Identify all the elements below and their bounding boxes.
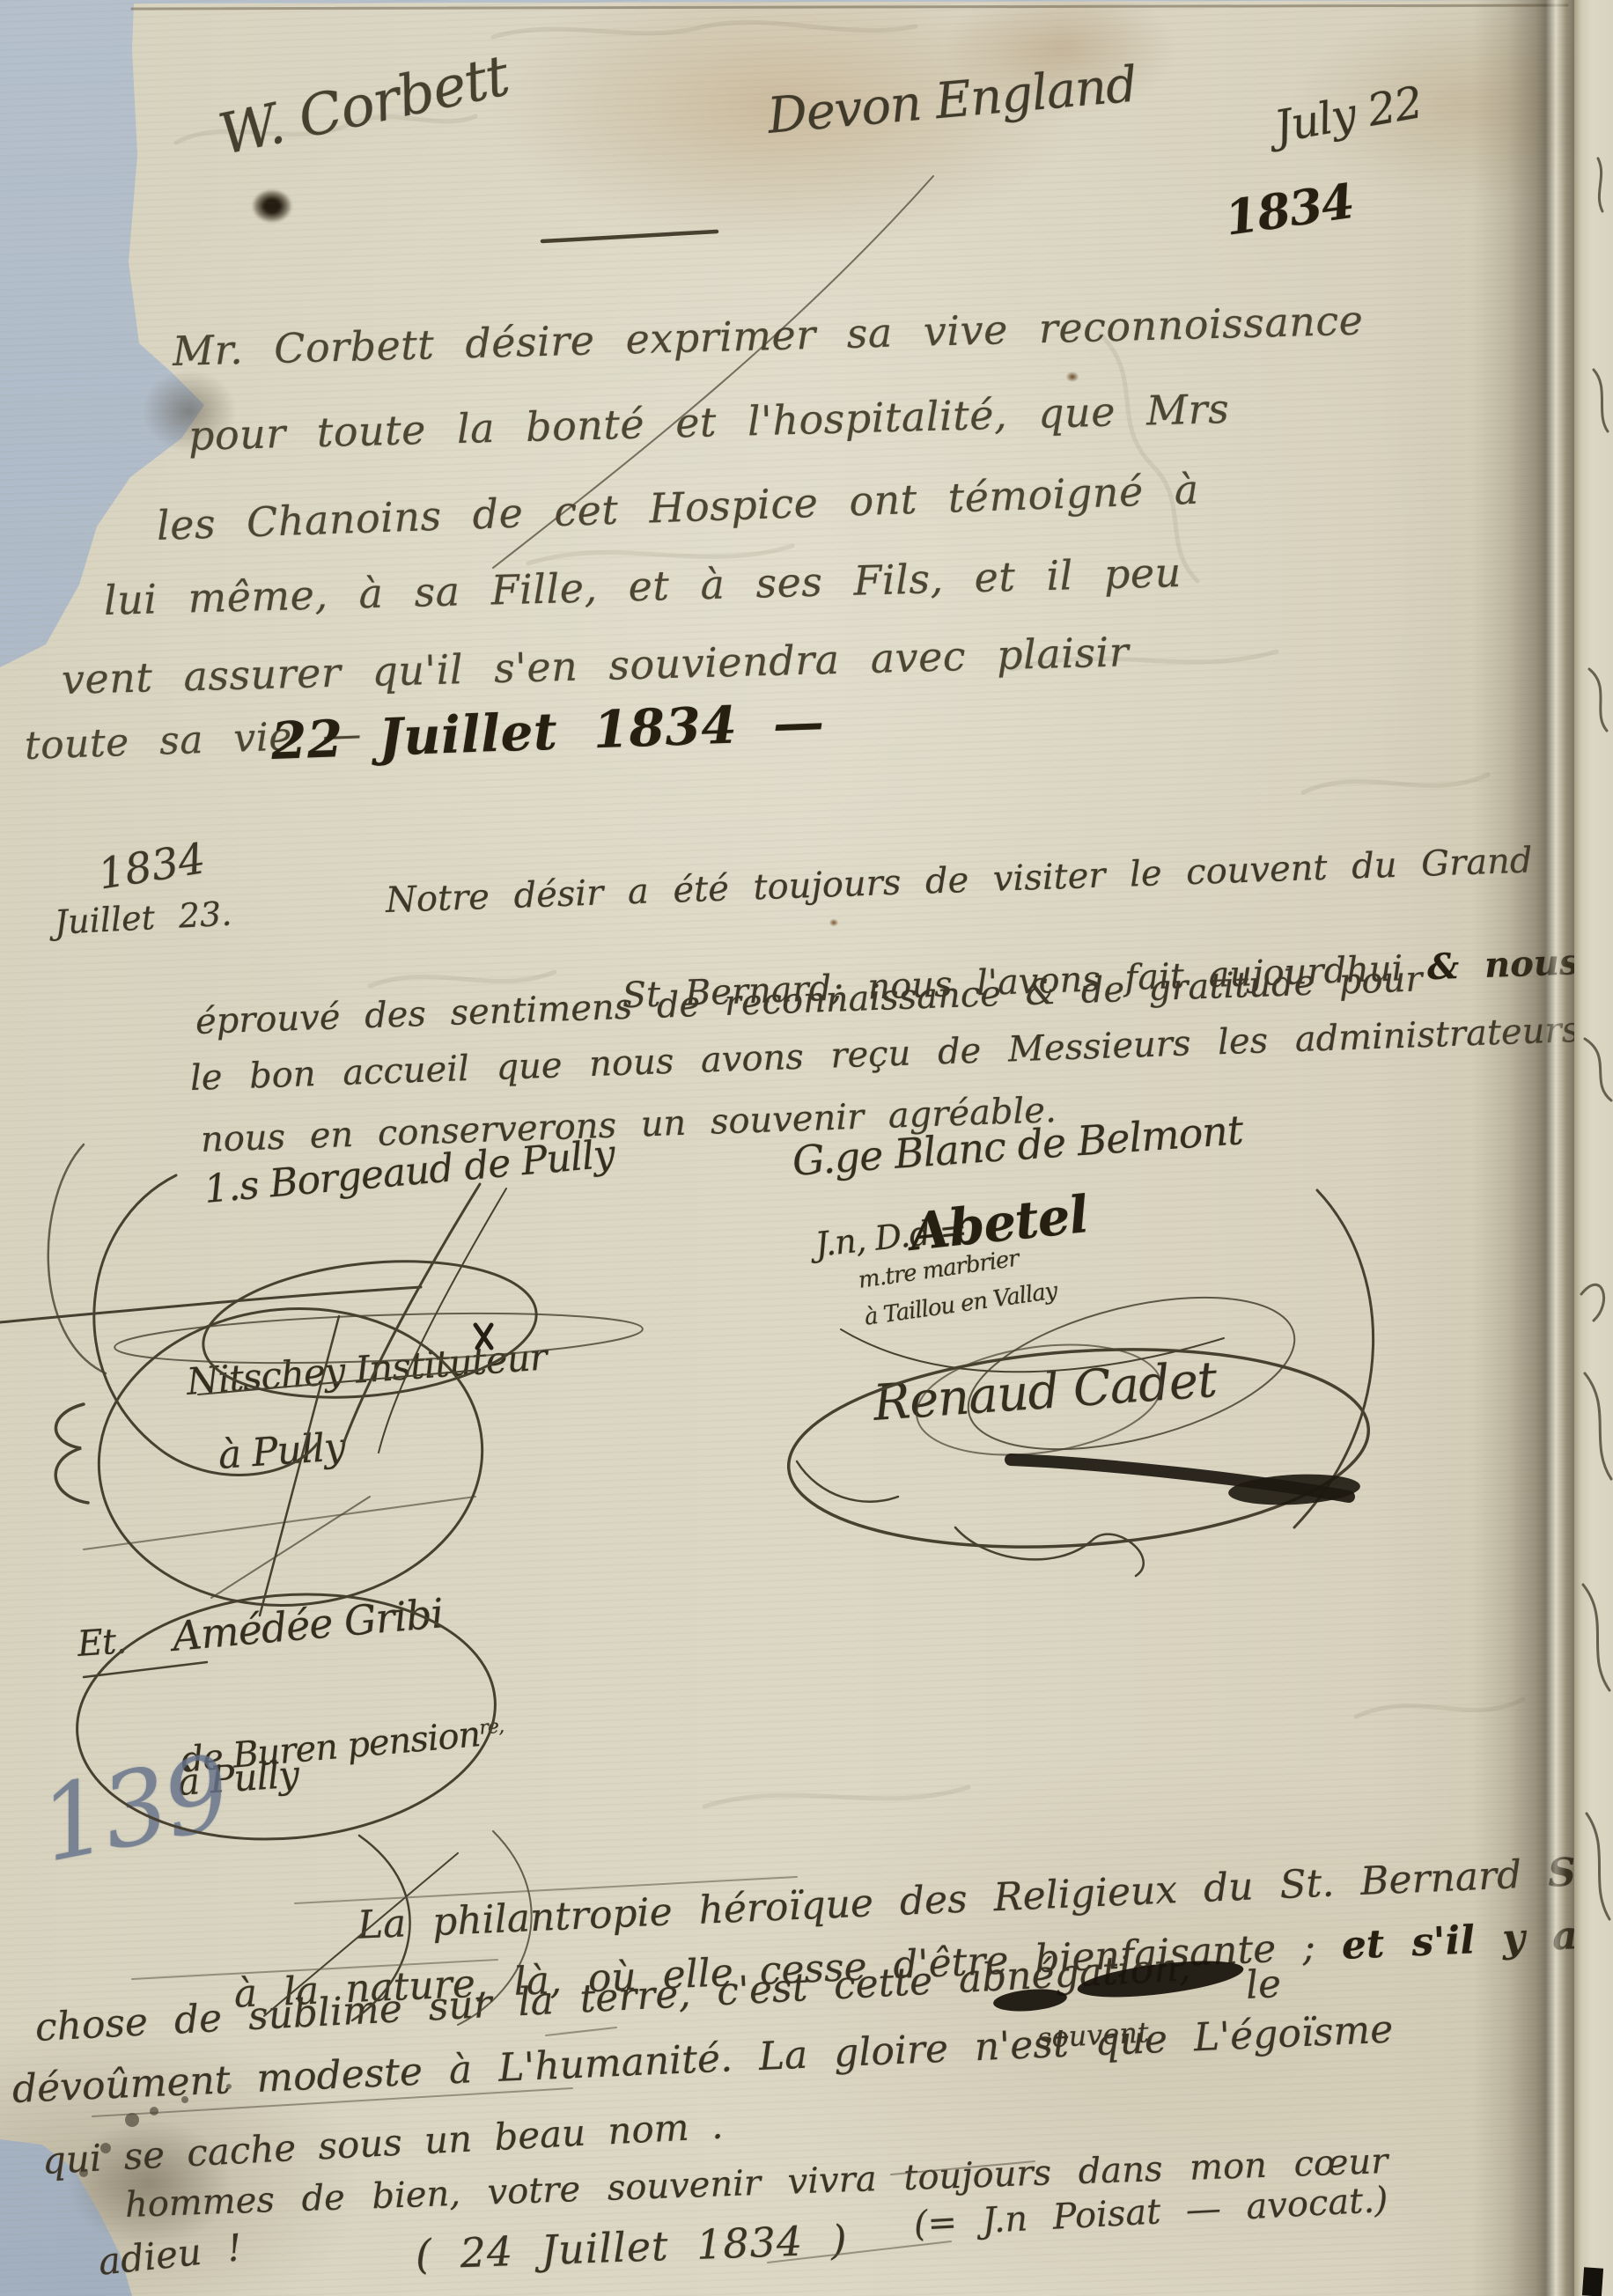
- adjacent-page-edge: [1574, 0, 1613, 2296]
- signature-gribi-et: Et.: [76, 1621, 127, 1665]
- page-edge-dark-mark: [1582, 2267, 1603, 2296]
- signature-nitschey-place: à Pully: [217, 1424, 346, 1478]
- entry3-insert-souvent: souvent: [1036, 2015, 1150, 2055]
- manuscript-scan: W. Corbett Devon England July 22 1834 Mr…: [0, 0, 1613, 2296]
- entry3-line-3-end: le: [1245, 1961, 1283, 2008]
